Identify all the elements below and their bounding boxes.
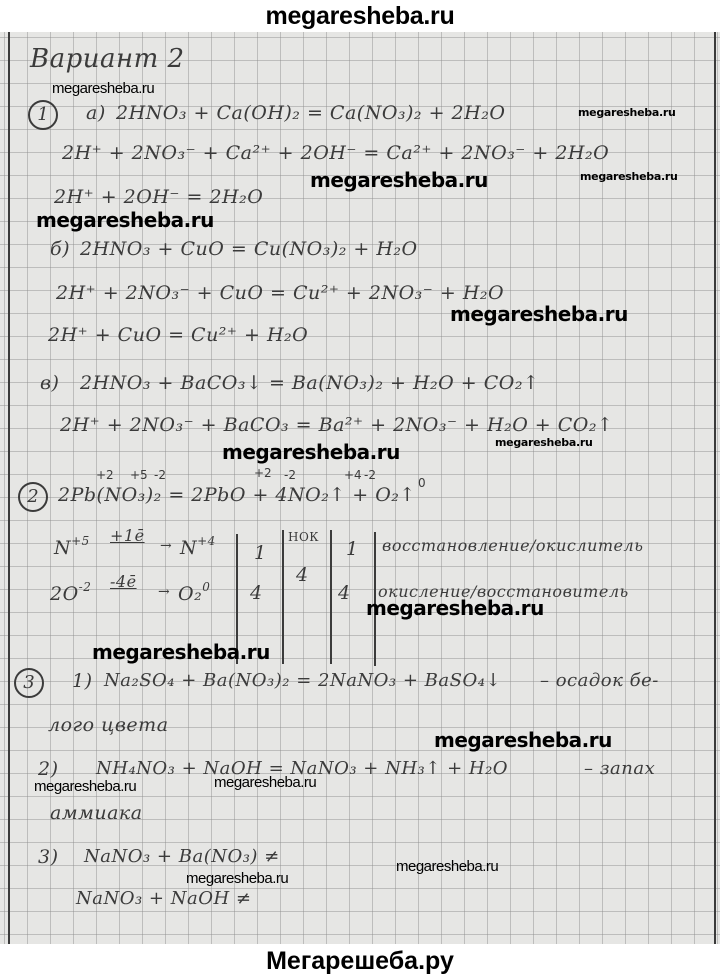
site-header: megaresheba.ru [0, 0, 720, 32]
ox-state: -2 [154, 468, 166, 482]
task-number-1: 1 [28, 100, 58, 130]
balance-row-1-process: восстановление/окислитель [382, 536, 643, 555]
ox-state: +2 [254, 466, 272, 480]
table-divider [282, 530, 284, 664]
balance-row-2-electrons: -4ē [110, 572, 137, 591]
balance-row-2-to: O₂0 [178, 580, 210, 605]
task-number-3: 3 [14, 668, 44, 698]
task3-item1-equation: Na₂SO₄ + Ba(NO₃)₂ = 2NaNO₃ + BaSO₄↓ [104, 670, 501, 691]
watermark: megaresheba.ru [495, 436, 592, 449]
margin-line [8, 32, 10, 944]
balance-row-1-from: N+5 [54, 534, 90, 559]
task1-c-molecular: 2HNO₃ + BaCO₃↓ = Ba(NO₃)₂ + H₂O + CO₂↑ [80, 372, 539, 394]
lcm-label: НОК [288, 530, 319, 544]
task1-a-label: а) [86, 102, 106, 124]
task3-item1-note-cont: лого цвета [48, 714, 169, 736]
ox-state: +2 [96, 468, 114, 482]
watermark: megaresheba.ru [310, 168, 488, 192]
task2-equation: 2Pb(NO₃)₂ = 2PbO + 4NO₂↑ + O₂↑ [58, 484, 416, 506]
watermark: megaresheba.ru [396, 858, 498, 875]
watermark: megaresheba.ru [34, 778, 136, 795]
site-footer: Мегарешеба.ру [0, 944, 720, 978]
notebook-page: Вариант 2 megaresheba.ru 1 а) 2HNO₃ + Ca… [0, 32, 720, 944]
ox-state: +5 [130, 468, 148, 482]
task1-a-full-ionic: 2H⁺ + 2NO₃⁻ + Ca²⁺ + 2OH⁻ = Ca²⁺ + 2NO₃⁻… [62, 142, 609, 164]
task1-a-molecular: 2HNO₃ + Ca(OH)₂ = Ca(NO₃)₂ + 2H₂O [116, 102, 505, 124]
task1-c-label: в) [40, 372, 59, 394]
balance-row-1-to: N+4 [180, 534, 216, 559]
watermark: megaresheba.ru [434, 728, 612, 752]
margin-line [714, 32, 716, 944]
task1-b-full-ionic: 2H⁺ + 2NO₃⁻ + CuO = Cu²⁺ + 2NO₃⁻ + H₂O [56, 282, 504, 304]
balance-row-2-coefficient: 4 [338, 582, 351, 604]
task3-item2-label: 2) [38, 758, 59, 780]
watermark: megaresheba.ru [580, 170, 677, 183]
task3-item3-equation2: NaNO₃ + NaOH ≠ [76, 888, 251, 909]
task3-item1-label: 1) [72, 670, 93, 692]
balance-row-1-coefficient: 1 [346, 538, 359, 560]
lcm-value: 4 [296, 564, 309, 586]
task1-b-label: б) [50, 238, 70, 260]
arrow-icon: → [158, 584, 170, 600]
watermark: megaresheba.ru [222, 440, 400, 464]
task1-a-short-ionic: 2H⁺ + 2OH⁻ = 2H₂O [54, 186, 263, 208]
task3-item2-note: – запах [584, 758, 655, 779]
task1-b-molecular: 2HNO₃ + CuO = Cu(NO₃)₂ + H₂O [80, 238, 418, 260]
ox-state: 0 [418, 476, 426, 490]
watermark: megaresheba.ru [450, 302, 628, 326]
watermark: megaresheba.ru [52, 80, 154, 97]
task3-item3-label: 3) [38, 846, 59, 868]
watermark: megaresheba.ru [578, 106, 675, 119]
watermark: megaresheba.ru [366, 596, 544, 620]
balance-row-2-transferred: 4 [250, 582, 263, 604]
variant-title: Вариант 2 [30, 44, 185, 74]
task1-b-short-ionic: 2H⁺ + CuO = Cu²⁺ + H₂O [48, 324, 308, 346]
watermark: megaresheba.ru [92, 640, 270, 664]
ox-state: +4 [344, 468, 362, 482]
task1-c-full-ionic: 2H⁺ + 2NO₃⁻ + BaCO₃ = Ba²⁺ + 2NO₃⁻ + H₂O… [60, 414, 613, 436]
watermark: megaresheba.ru [36, 208, 214, 232]
task-number-2: 2 [18, 482, 48, 512]
task3-item2-note-cont: аммиака [50, 802, 143, 824]
balance-row-1-electrons: +1ē [110, 526, 145, 545]
watermark: megaresheba.ru [214, 774, 316, 791]
watermark: megaresheba.ru [186, 870, 288, 887]
task3-item3-equation: NaNO₃ + Ba(NO₃) ≠ [84, 846, 280, 867]
balance-row-2-from: 2O-2 [50, 580, 91, 605]
table-divider [330, 530, 332, 664]
task3-item1-note: – осадок бе- [540, 670, 659, 691]
ox-state: -2 [284, 468, 296, 482]
arrow-icon: → [160, 538, 172, 554]
ox-state: -2 [364, 468, 376, 482]
balance-row-1-transferred: 1 [254, 542, 267, 564]
